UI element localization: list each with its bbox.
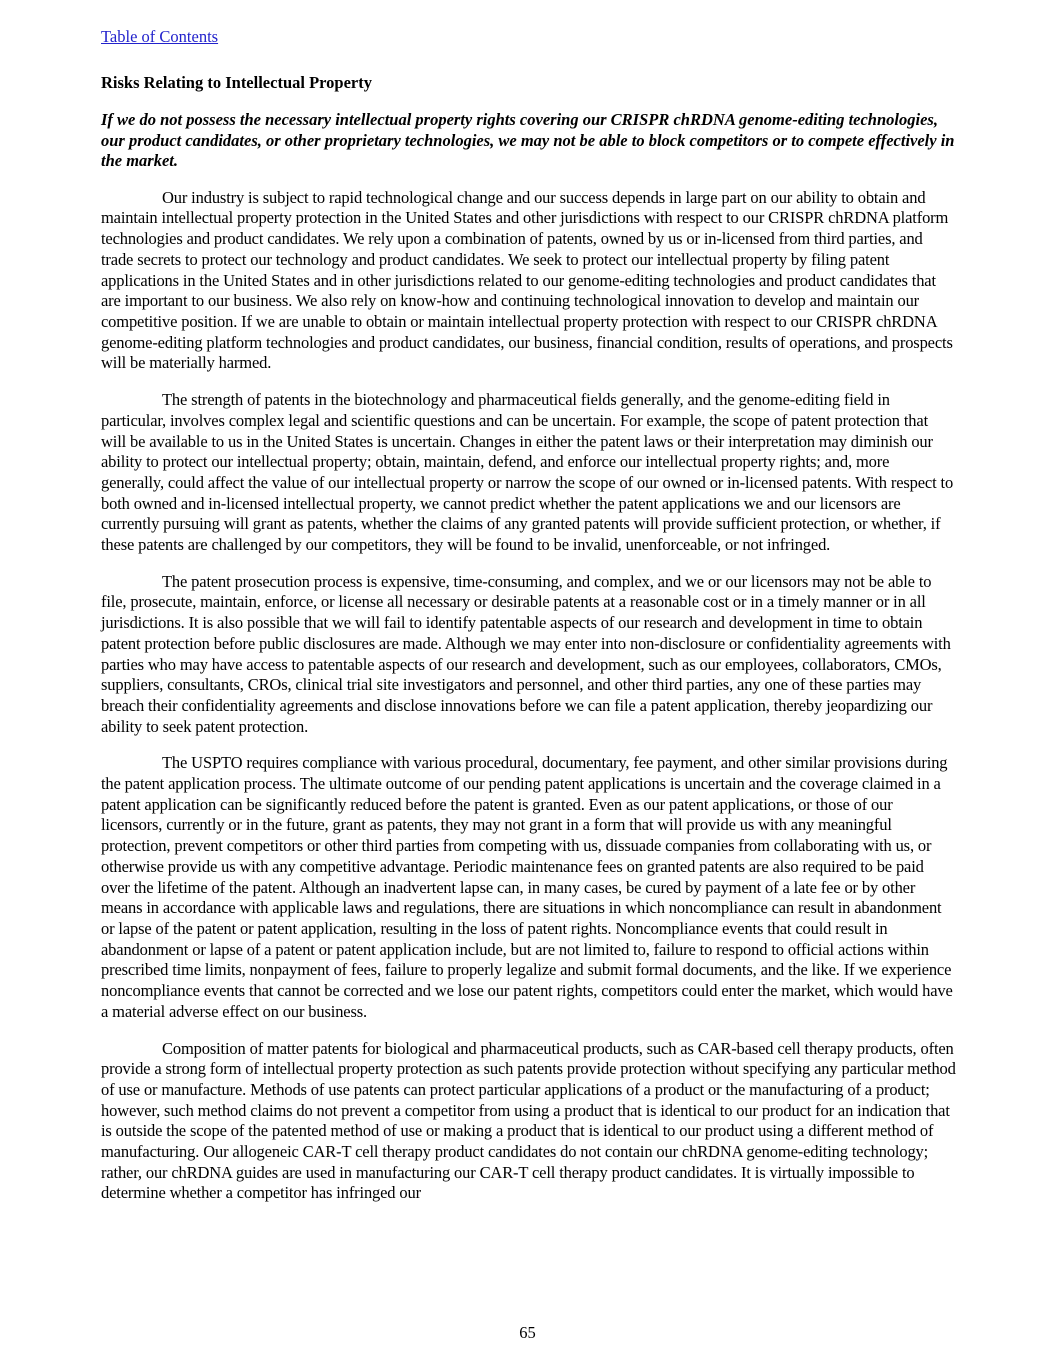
section-heading: Risks Relating to Intellectual Property [101,72,956,94]
risk-factor-heading: If we do not possess the necessary intel… [101,110,956,172]
paragraph: The USPTO requires compliance with vario… [101,753,956,1022]
document-page: Table of Contents Risks Relating to Inte… [101,26,956,1204]
page-number: 65 [0,1322,1055,1344]
paragraph: Composition of matter patents for biolog… [101,1039,956,1205]
paragraph: The patent prosecution process is expens… [101,572,956,738]
table-of-contents-link[interactable]: Table of Contents [101,26,218,48]
paragraph: The strength of patents in the biotechno… [101,390,956,556]
paragraph: Our industry is subject to rapid technol… [101,188,956,374]
